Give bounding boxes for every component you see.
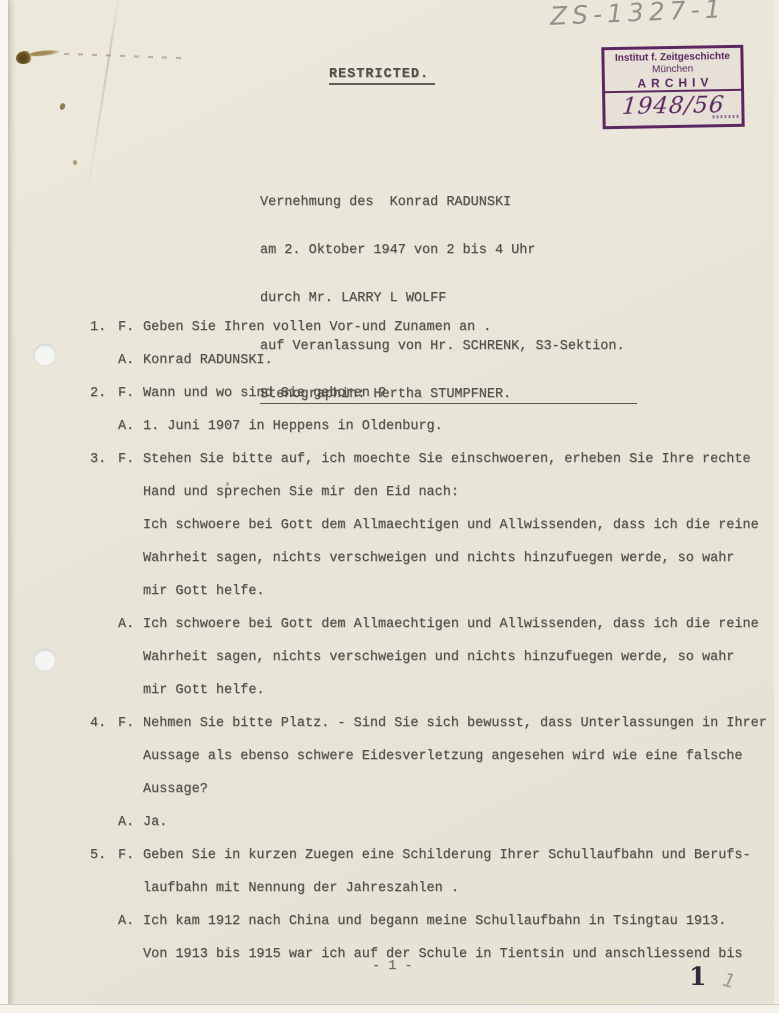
qa-text: Hand und sprechen Sie mir den Eid nach: — [143, 476, 459, 509]
qa-text: Wann und wo sind Sie geboren ? — [143, 377, 386, 410]
qa-number — [90, 410, 118, 443]
qa-number: 3. — [90, 443, 118, 476]
stain — [64, 53, 184, 59]
qa-number: 5. — [90, 839, 118, 872]
qa-text: Aussage als ebenso schwere Eidesverletzu… — [143, 740, 743, 773]
qa-line: mir Gott helfe. — [90, 575, 767, 608]
qa-line: 4.F.Nehmen Sie bitte Platz. - Sind Sie s… — [90, 707, 767, 740]
qa-line: mir Gott helfe. — [90, 674, 767, 707]
scanner-edge-bottom — [0, 1004, 779, 1013]
qa-line: Wahrheit sagen, nichts verschweigen und … — [90, 641, 767, 674]
classification-header: RESTRICTED. — [329, 67, 435, 85]
qa-text: Ja. — [143, 806, 167, 839]
paper-crease — [84, 0, 120, 207]
qa-text: Aussage? — [143, 773, 208, 806]
qa-line: A.Ich kam 1912 nach China und begann mei… — [90, 905, 767, 938]
qa-number: 1. — [90, 311, 118, 344]
stamp-header: Institut f. Zeitgeschichte München ARCHI… — [604, 48, 741, 93]
stain — [59, 102, 66, 110]
stamp-number-section: 1948/56 — [605, 91, 741, 121]
qa-line: Aussage als ebenso schwere Eidesverletzu… — [90, 740, 767, 773]
scanner-edge-right — [774, 0, 779, 1013]
qa-speaker: A. — [118, 806, 143, 839]
stamp-fine-print — [713, 115, 739, 118]
qa-line: 1.F.Geben Sie Ihren vollen Vor-und Zunam… — [90, 311, 767, 344]
qa-line: 5.F.Geben Sie in kurzen Zuegen eine Schi… — [90, 839, 767, 872]
qa-line: Ich schwoere bei Gott dem Allmaechtigen … — [90, 509, 767, 542]
qa-text: Nehmen Sie bitte Platz. - Sind Sie sich … — [143, 707, 767, 740]
qa-number — [90, 575, 118, 608]
stamp-archiv: ARCHIV — [605, 75, 741, 92]
qa-number — [90, 608, 118, 641]
qa-line: Von 1913 bis 1915 war ich auf der Schule… — [90, 938, 767, 971]
qa-speaker — [118, 773, 143, 806]
qa-text: Stehen Sie bitte auf, ich moechte Sie ei… — [143, 443, 751, 476]
qa-text: Konrad RADUNSKI. — [143, 344, 273, 377]
qa-number — [90, 476, 118, 509]
qa-text: laufbahn mit Nennung der Jahreszahlen . — [143, 872, 459, 905]
qa-line: Hand und sprechen Sie mir den Eid nach: — [90, 476, 767, 509]
qa-line: A.Konrad RADUNSKI. — [90, 344, 767, 377]
qa-speaker: F. — [118, 839, 143, 872]
qa-speaker: F. — [118, 443, 143, 476]
qa-text: Ich schwoere bei Gott dem Allmaechtigen … — [143, 509, 759, 542]
qa-speaker: A. — [118, 410, 143, 443]
qa-speaker — [118, 476, 143, 509]
qa-section: 1.F.Geben Sie Ihren vollen Vor-und Zunam… — [90, 311, 767, 971]
qa-speaker — [118, 938, 143, 971]
corner-number-stamped: 1 — [689, 962, 706, 991]
qa-speaker — [118, 509, 143, 542]
qa-number — [90, 509, 118, 542]
qa-number — [90, 773, 118, 806]
qa-line: A.Ja. — [90, 806, 767, 839]
qa-text: Wahrheit sagen, nichts verschweigen und … — [143, 641, 734, 674]
qa-number — [90, 806, 118, 839]
qa-number — [90, 674, 118, 707]
qa-number: 4. — [90, 707, 118, 740]
qa-speaker: F. — [118, 311, 143, 344]
qa-speaker — [118, 575, 143, 608]
stain — [73, 160, 77, 165]
qa-text: mir Gott helfe. — [143, 575, 265, 608]
stain — [30, 48, 60, 57]
scanner-edge-left — [0, 0, 9, 1013]
qa-speaker — [118, 872, 143, 905]
qa-speaker — [118, 674, 143, 707]
qa-text: Ich kam 1912 nach China und begann meine… — [143, 905, 726, 938]
qa-line: Wahrheit sagen, nichts verschweigen und … — [90, 542, 767, 575]
qa-line: A.1. Juni 1907 in Heppens in Oldenburg. — [90, 410, 767, 443]
qa-speaker: F. — [118, 707, 143, 740]
qa-line: A.Ich schwoere bei Gott dem Allmaechtige… — [90, 608, 767, 641]
qa-speaker: A. — [118, 608, 143, 641]
qa-speaker: F. — [118, 377, 143, 410]
qa-number — [90, 740, 118, 773]
qa-speaker — [118, 740, 143, 773]
qa-line: Aussage? — [90, 773, 767, 806]
qa-line: 2.F.Wann und wo sind Sie geboren ? — [90, 377, 767, 410]
qa-number — [90, 905, 118, 938]
document-page: ZS-1327-1 Institut f. Zeitgeschichte Mün… — [0, 0, 779, 1013]
qa-line: laufbahn mit Nennung der Jahreszahlen . — [90, 872, 767, 905]
qa-text: Geben Sie Ihren vollen Vor-und Zunamen a… — [143, 311, 491, 344]
qa-speaker: A. — [118, 344, 143, 377]
punch-hole — [34, 649, 56, 671]
header-line: am 2. Oktober 1947 von 2 bis 4 Uhr — [260, 243, 637, 259]
qa-number — [90, 542, 118, 575]
qa-speaker — [118, 641, 143, 674]
qa-number — [90, 641, 118, 674]
archive-stamp: Institut f. Zeitgeschichte München ARCHI… — [601, 45, 744, 129]
qa-text: Wahrheit sagen, nichts verschweigen und … — [143, 542, 734, 575]
qa-line: 3.F.Stehen Sie bitte auf, ich moechte Si… — [90, 443, 767, 476]
page-number: - 1 - — [372, 959, 413, 974]
header-line: durch Mr. LARRY L WOLFF — [260, 291, 637, 307]
qa-text: 1. Juni 1907 in Heppens in Oldenburg. — [143, 410, 443, 443]
header-line: Vernehmung des Konrad RADUNSKI — [260, 195, 637, 211]
punch-hole — [34, 344, 56, 366]
corner-number-pencil: 1 — [721, 969, 738, 993]
qa-speaker: A. — [118, 905, 143, 938]
qa-speaker — [118, 542, 143, 575]
qa-text: mir Gott helfe. — [143, 674, 265, 707]
qa-text: Ich schwoere bei Gott dem Allmaechtigen … — [143, 608, 759, 641]
qa-number: 2. — [90, 377, 118, 410]
qa-number — [90, 872, 118, 905]
qa-text: Von 1913 bis 1915 war ich auf der Schule… — [143, 938, 743, 971]
qa-number — [90, 344, 118, 377]
qa-number — [90, 938, 118, 971]
handwritten-archive-ref: ZS-1327-1 — [549, 0, 726, 31]
qa-text: Geben Sie in kurzen Zuegen eine Schilder… — [143, 839, 751, 872]
